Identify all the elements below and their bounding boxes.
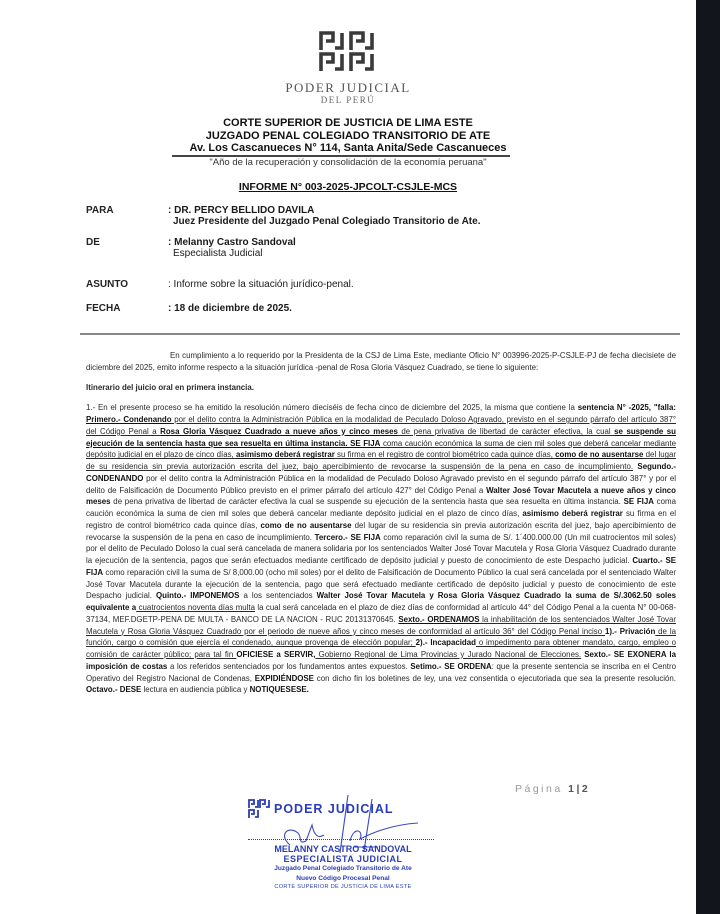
text-run: EXPIDIÉNDOSE [255, 674, 314, 683]
text-run: Octavo.- DESE [86, 685, 141, 694]
text-run: Rosa Gloria Vásquez Cuadrado a nueve año… [160, 427, 398, 436]
section-heading: Itinerario del juicio oral en primera in… [86, 382, 676, 394]
report-title: INFORME N° 003-2025-JPCOLT-CSJLE-MCS [0, 181, 696, 193]
text-run: a los sentenciados [239, 591, 316, 600]
document-page: PODER JUDICIAL DEL PERÚ CORTE SUPERIOR D… [0, 0, 696, 914]
year-motto: "Año de la recuperación y consolidación … [0, 157, 696, 168]
report-body: En cumplimiento a lo requerido por la Pr… [86, 350, 676, 696]
text-run: a los referidos sentenciados por los fun… [167, 662, 410, 671]
court-block: CORTE SUPERIOR DE JUSTICIA DE LIMA ESTE … [0, 117, 696, 155]
text-run: 1.- En el presente proceso se ha emitido… [86, 403, 578, 412]
screen-edge [696, 0, 720, 914]
page-label: Página [515, 783, 563, 795]
text-run: su firma en el registro de control biomé… [335, 450, 555, 459]
stamp-code: Nuevo Código Procesal Penal [248, 875, 438, 882]
text-run: NOTIQUESESE. [250, 685, 309, 694]
memo-label-asunto: ASUNTO [86, 279, 128, 290]
court-name: CORTE SUPERIOR DE JUSTICIA DE LIMA ESTE [0, 117, 696, 130]
poder-judicial-logo-icon [318, 30, 378, 74]
text-run: Gobierno Regional de Lima Provincias y J… [315, 650, 581, 659]
org-subtitle: DEL PERÚ [0, 95, 696, 105]
stamp-signature-line [248, 839, 434, 840]
text-run: Primero.- Condenando [86, 415, 172, 424]
text-run: cuatrocientos noventa días multa [136, 603, 255, 612]
text-run: Setimo.- SE ORDENA [410, 662, 491, 671]
text-run: 1).- Privación [605, 627, 655, 636]
stamp-title: ESPECIALISTA JUDICIAL [248, 854, 438, 864]
stamp-logo-icon [248, 799, 270, 819]
official-stamp: PODER JUDICIAL MELANNY CASTRO SANDOVAL E… [248, 795, 438, 907]
text-run: OFICIESE a SERVIR, [236, 650, 315, 659]
text-run: lectura en audiencia pública y [141, 685, 249, 694]
text-run: asimismo deberá registrar [522, 509, 622, 518]
text-run: SE FIJA [624, 497, 654, 506]
text-run: Tercero.- SE FIJA [315, 533, 381, 542]
text-run: Sexto.- ORDENAMOS [398, 615, 479, 624]
text-run: de pena privativa de libertad de carácte… [111, 497, 624, 506]
text-run: con dicho fin los boletines de ley, una … [314, 674, 676, 683]
recipient-role: Juez Presidente del Juzgado Penal Colegi… [168, 216, 480, 227]
court-address: Av. Los Cascanueces N° 114, Santa Anita/… [0, 142, 696, 155]
stamp-name: MELANNY CASTRO SANDOVAL [248, 844, 438, 854]
text-run: 2).- Incapacidad [416, 638, 476, 647]
page-total: 2 [582, 783, 590, 795]
stamp-csj: CORTE SUPERIOR DE JUSTICIA DE LIMA ESTE [248, 884, 438, 890]
org-name: PODER JUDICIAL [0, 80, 696, 96]
text-run: como de no ausentarse [261, 521, 352, 530]
text-run: asimismo deberá registrar [236, 450, 335, 459]
text-run: Quinto.- IMPONEMOS [156, 591, 239, 600]
sender-name: : Melanny Castro Sandoval [168, 237, 296, 248]
memo-label-fecha: FECHA [86, 303, 120, 314]
text-run: como de no ausentarse [555, 450, 643, 459]
sentence-paragraph: 1.- En el presente proceso se ha emitido… [86, 402, 676, 696]
body-divider [80, 333, 680, 335]
text-run: sentencia N° -2025, "falla: [578, 403, 676, 412]
subject-value: : Informe sobre la situación jurídico-pe… [168, 279, 354, 290]
sender-role: Especialista Judicial [168, 248, 296, 259]
memo-label-de: DE [86, 237, 100, 248]
stamp-court: Juzgado Penal Colegiado Transitorio de A… [248, 865, 438, 872]
header-logo [0, 30, 696, 79]
date-value: : 18 de diciembre de 2025. [168, 303, 292, 314]
memo-label-para: PARA [86, 205, 114, 216]
recipient-name: : DR. PERCY BELLIDO DAVILA [168, 205, 480, 216]
text-run: de pena privativa de libertad de carácte… [398, 427, 614, 436]
page-number: Página 1|2 [515, 783, 590, 795]
court-division: JUZGADO PENAL COLEGIADO TRANSITORIO DE A… [0, 130, 696, 143]
intro-paragraph: En cumplimiento a lo requerido por la Pr… [86, 350, 676, 374]
